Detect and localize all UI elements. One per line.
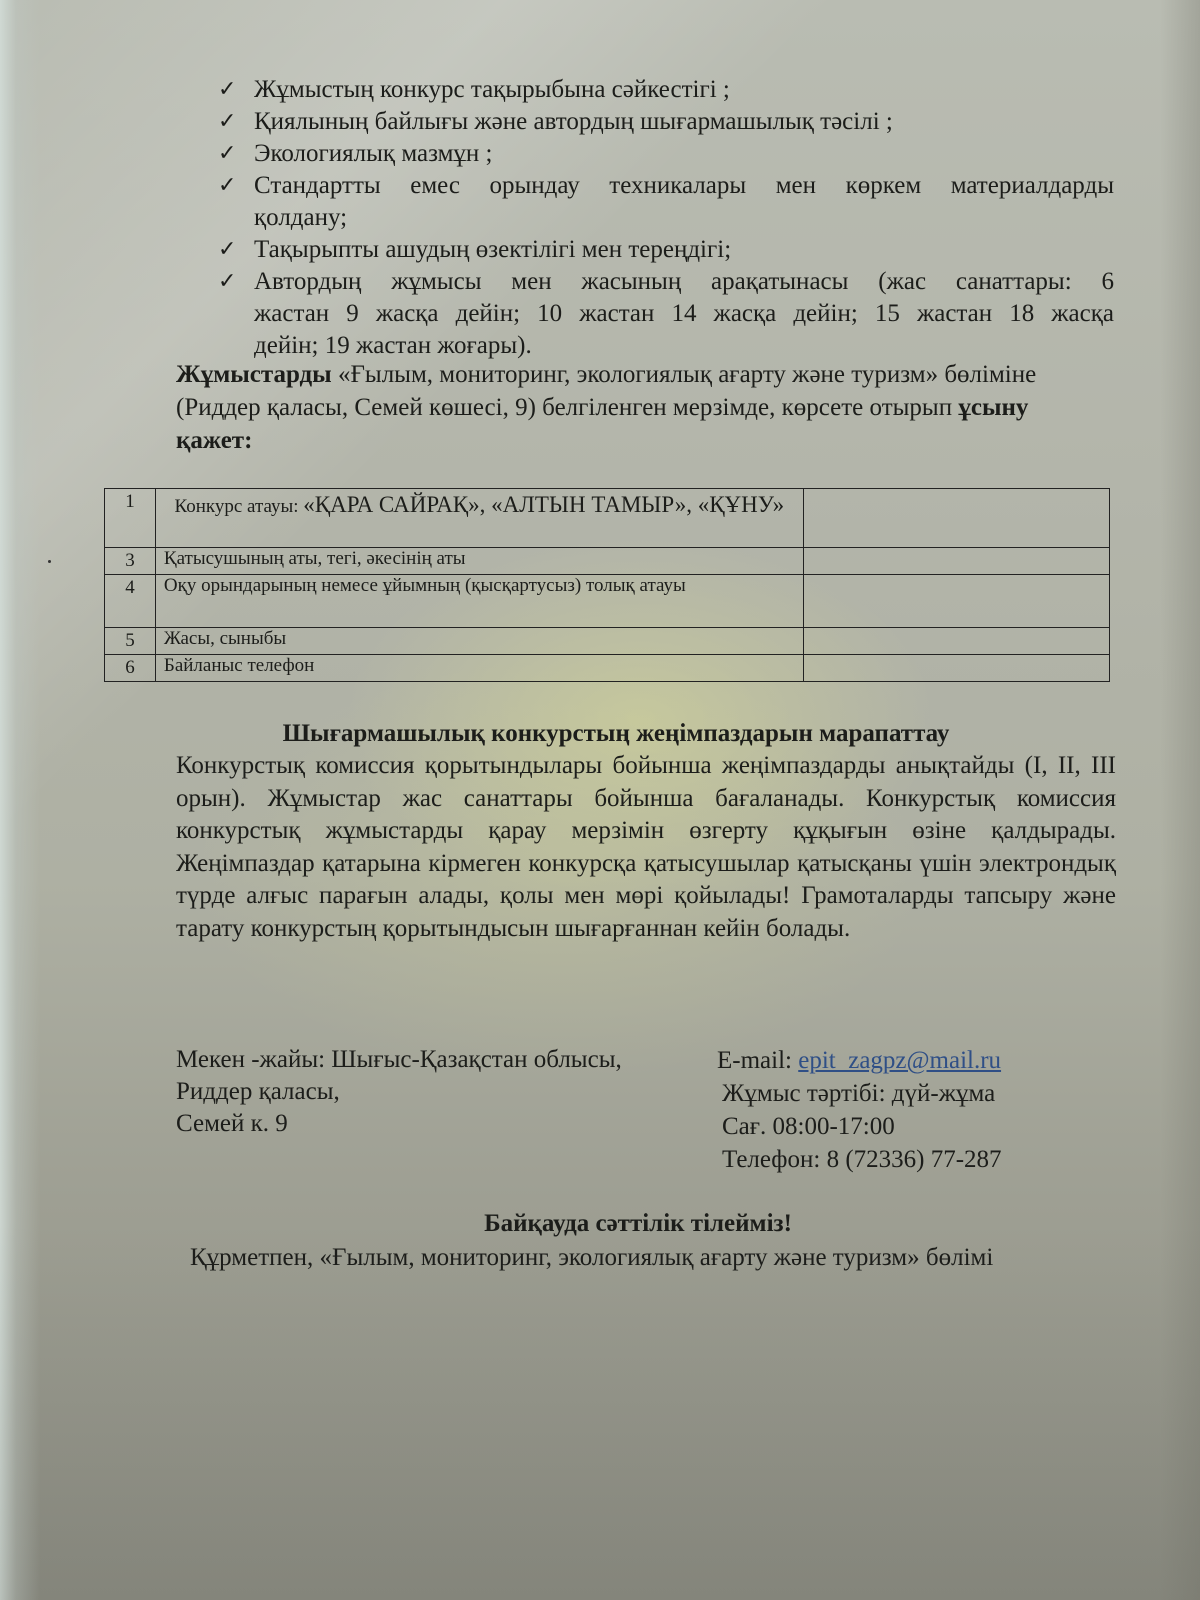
address-line: Семей к. 9 [176, 1108, 622, 1140]
checkmark-icon: ✓ [218, 170, 236, 202]
row-value-field[interactable] [803, 489, 1109, 548]
evaluation-criteria-list: ✓ Жұмыстың конкурс тақырыбына сәйкестігі… [218, 74, 1114, 362]
row-number: 5 [105, 628, 156, 655]
submission-instructions: Жұмыстарды «Ғылым, мониторинг, экологиял… [176, 358, 1056, 457]
stray-mark [48, 560, 51, 563]
email-link[interactable]: epit_zagpz@mail.ru [798, 1047, 1001, 1074]
table-row: 5 Жасы, сыныбы [105, 628, 1110, 655]
row-number: 3 [105, 548, 156, 575]
awards-section-title: Шығармашылық конкурстың жеңімпаздарын ма… [176, 718, 1056, 750]
row-value-field[interactable] [803, 575, 1109, 628]
criteria-item-text: Жұмыстың конкурс тақырыбына сәйкестігі ; [254, 76, 730, 103]
application-form-table: 1 Конкурс атауы: «ҚАРА САЙРАҚ», «АЛТЫН Т… [104, 488, 1110, 682]
row-value-field[interactable] [803, 548, 1109, 575]
criteria-item: ✓ Тақырыпты ашудың өзектілігі мен тереңд… [218, 234, 1114, 266]
checkmark-icon: ✓ [218, 138, 236, 170]
table-row: 1 Конкурс атауы: «ҚАРА САЙРАҚ», «АЛТЫН Т… [105, 489, 1110, 548]
criteria-item-text: Тақырыпты ашудың өзектілігі мен тереңдіг… [254, 236, 731, 263]
row-label: Байланыс телефон [155, 655, 803, 682]
awards-section-body: Конкурстық комиссия қорытындылары бойынш… [176, 750, 1116, 945]
row-label: Жасы, сыныбы [155, 628, 803, 655]
criteria-item-text: Қиялының байлығы және автордың шығармашы… [254, 108, 893, 135]
table-row: 3 Қатысушының аты, тегі, әкесінің аты [105, 548, 1110, 575]
row-label: Қатысушының аты, тегі, әкесінің аты [155, 548, 803, 575]
criteria-item: ✓ Жұмыстың конкурс тақырыбына сәйкестігі… [218, 74, 1114, 106]
contest-names: «ҚАРА САЙРАҚ», «АЛТЫН ТАМЫР», «ҚҰНУ» [303, 492, 784, 517]
criteria-item-text-line: жастан 9 жасқа дейін; 10 жастан 14 жасқа… [254, 298, 1114, 330]
row-number: 1 [105, 489, 156, 548]
criteria-item: ✓ Стандартты емес орындау техникалары ме… [218, 170, 1114, 234]
row-value-field[interactable] [803, 655, 1109, 682]
address-block: Мекен -жайы: Шығыс-Қазақстан облысы, Рид… [176, 1044, 622, 1140]
address-line: Мекен -жайы: Шығыс-Қазақстан облысы, [176, 1044, 622, 1076]
criteria-item-text-line: Стандартты емес орындау техникалары мен … [254, 170, 1114, 202]
contest-name-prefix: Конкурс атауы: [174, 496, 303, 517]
row-value-field[interactable] [803, 628, 1109, 655]
address-line: Риддер қаласы, [176, 1076, 622, 1108]
contacts-block: E-mail: epit_zagpz@mail.ru Жұмыс тәртібі… [722, 1044, 1002, 1176]
row-label: Оқу орындарының немесе ұйымның (қысқарту… [155, 575, 803, 628]
work-schedule: Жұмыс тәртібі: дүй-жұма [722, 1077, 1002, 1110]
checkmark-icon: ✓ [218, 106, 236, 138]
checkmark-icon: ✓ [218, 74, 236, 106]
criteria-item: ✓ Қиялының байлығы және автордың шығарма… [218, 106, 1114, 138]
criteria-item: ✓ Автордың жұмысы мен жасының арақатынас… [218, 266, 1114, 362]
closing-regards: Құрметпен, «Ғылым, мониторинг, экологиял… [190, 1242, 1120, 1274]
criteria-item: ✓ Экологиялық мазмұн ; [218, 138, 1114, 170]
submission-bold-start: Жұмыстарды [176, 361, 332, 388]
checkmark-icon: ✓ [218, 234, 236, 266]
criteria-item-text: Экологиялық мазмұн ; [254, 140, 493, 167]
row-label: Конкурс атауы: «ҚАРА САЙРАҚ», «АЛТЫН ТАМ… [155, 489, 803, 548]
criteria-item-text-line: қолдану; [254, 202, 1114, 234]
row-number: 4 [105, 575, 156, 628]
page-bottom-shadow [0, 1220, 1200, 1600]
checkmark-icon: ✓ [218, 266, 236, 298]
email-label: E-mail: [717, 1047, 798, 1074]
criteria-item-text-line: Автордың жұмысы мен жасының арақатынасы … [254, 266, 1114, 298]
email-row: E-mail: epit_zagpz@mail.ru [717, 1044, 1002, 1077]
row-number: 6 [105, 655, 156, 682]
table-row: 6 Байланыс телефон [105, 655, 1110, 682]
phone-number: Телефон: 8 (72336) 77-287 [722, 1143, 1002, 1176]
work-hours: Сағ. 08:00-17:00 [722, 1110, 1002, 1143]
table-row: 4 Оқу орындарының немесе ұйымның (қысқар… [105, 575, 1110, 628]
closing-wish: Байқауда сәттілік тілейміз! [0, 1208, 1200, 1240]
